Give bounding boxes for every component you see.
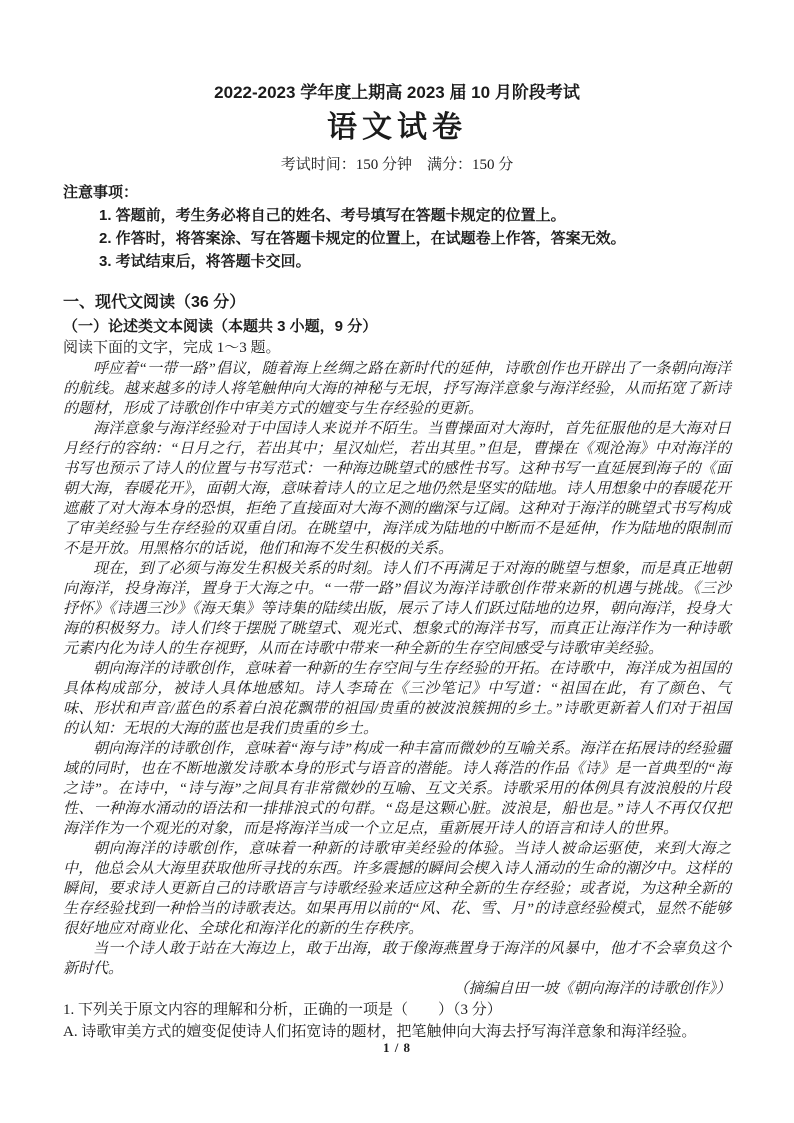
question-1-stem: 1. 下列关于原文内容的理解和分析，正确的一项是（ ）（3 分） <box>63 1000 731 1021</box>
passage-paragraph-3: 现在，到了必须与海发生积极关系的时刻。诗人们不再满足于对海的眺望与想象，而是真正… <box>63 559 731 659</box>
exam-meta: 考试时间：150 分钟 满分：150 分 <box>63 154 731 176</box>
exam-notice: 注意事项： 1. 答题前，考生务必将自己的姓名、考号填写在答题卡规定的位置上。 … <box>63 182 731 273</box>
passage-attribution: （摘编自田一坡《朝向海洋的诗歌创作》） <box>63 979 731 999</box>
passage-paragraph-5: 朝向海洋的诗歌创作，意味着“海与诗”构成一种丰富而微妙的互喻关系。海洋在拓展诗的… <box>63 739 731 839</box>
exam-subject-title: 语文试卷 <box>63 108 731 148</box>
subsection-heading-argumentative-text: （一）论述类文本阅读（本题共 3 小题，9 分） <box>63 316 731 338</box>
reading-passage: 呼应着“一带一路”倡议，随着海上丝绸之路在新时代的延伸，诗歌创作也开辟出了一条朝… <box>63 359 731 999</box>
passage-paragraph-6: 朝向海洋的诗歌创作，意味着一种新的诗歌审美经验的体验。当诗人被命运驱使，来到大海… <box>63 839 731 939</box>
notice-items: 1. 答题前，考生务必将自己的姓名、考号填写在答题卡规定的位置上。 2. 作答时… <box>63 204 731 273</box>
notice-item-1: 1. 答题前，考生务必将自己的姓名、考号填写在答题卡规定的位置上。 <box>99 204 731 227</box>
notice-label: 注意事项： <box>63 182 731 204</box>
section-heading-modern-reading: 一、现代文阅读（36 分） <box>63 291 731 314</box>
notice-item-2: 2. 作答时，将答案涂、写在答题卡规定的位置上，在试题卷上作答，答案无效。 <box>99 227 731 250</box>
reading-instruction: 阅读下面的文字，完成 1～3 题。 <box>63 338 731 359</box>
page-number: 1 / 8 <box>0 1040 794 1056</box>
notice-item-3: 3. 考试结束后，将答题卡交回。 <box>99 250 731 273</box>
exam-session-title: 2022-2023 学年度上期高 2023 届 10 月阶段考试 <box>63 82 731 104</box>
passage-paragraph-1: 呼应着“一带一路”倡议，随着海上丝绸之路在新时代的延伸，诗歌创作也开辟出了一条朝… <box>63 359 731 419</box>
passage-paragraph-2: 海洋意象与海洋经验对于中国诗人来说并不陌生。当曹操面对大海时，首先征服他的是大海… <box>63 419 731 559</box>
passage-paragraph-7: 当一个诗人敢于站在大海边上，敢于出海，敢于像海燕置身于海洋的风暴中，他才不会辜负… <box>63 939 731 979</box>
exam-paper-page: 2022-2023 学年度上期高 2023 届 10 月阶段考试 语文试卷 考试… <box>0 0 794 1123</box>
passage-paragraph-4: 朝向海洋的诗歌创作，意味着一种新的生存空间与生存经验的开拓。在诗歌中，海洋成为祖… <box>63 659 731 739</box>
